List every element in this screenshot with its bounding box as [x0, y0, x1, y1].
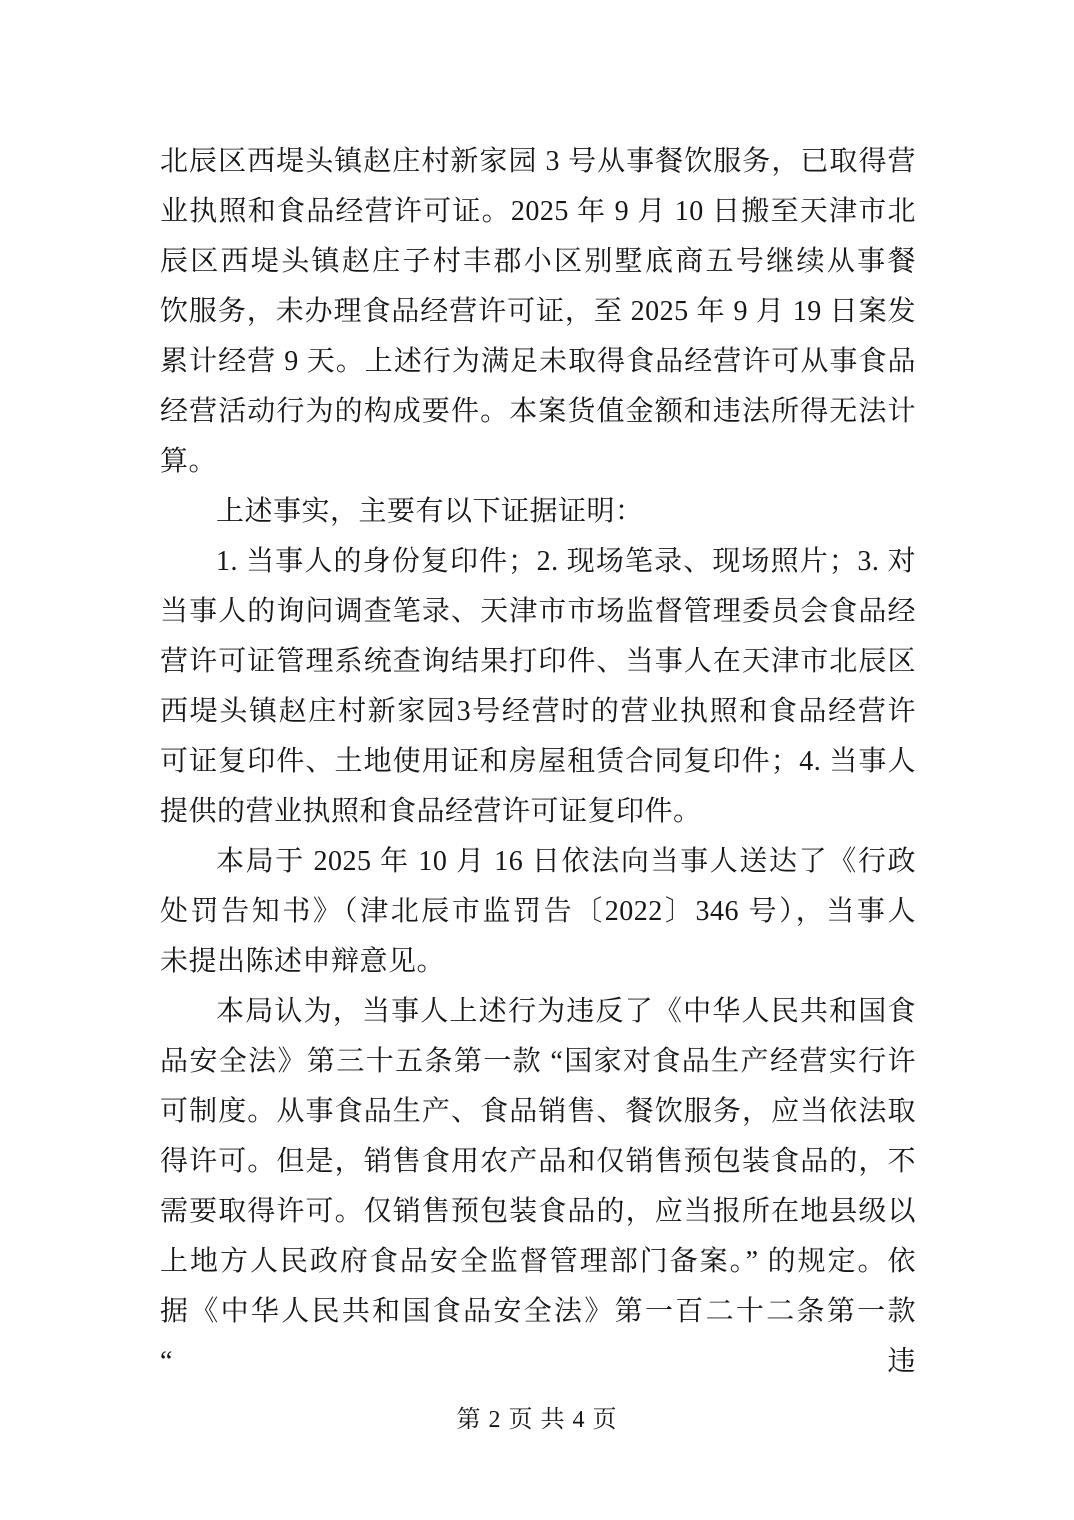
text-line: 辰区西堤头镇赵庄子村丰郡小区别墅底商五号继续从事餐: [160, 237, 916, 287]
text-line: 营许可证管理系统查询结果打印件、当事人在天津市北辰区: [160, 637, 916, 687]
text-line: 得许可。但是，销售食用农产品和仅销售预包装食品的，不: [160, 1137, 916, 1187]
text-line: 本局认为，当事人上述行为违反了《中华人民共和国食: [160, 987, 916, 1037]
text-line: 处罚告知书》（津北辰市监罚告〔2022〕346 号），当事人: [160, 887, 916, 937]
text-line: 饮服务，未办理食品经营许可证，至 2025 年 9 月 19 日案发: [160, 287, 916, 337]
text-line: 可制度。从事食品生产、食品销售、餐饮服务，应当依法取: [160, 1087, 916, 1137]
text-line: 业执照和食品经营许可证。2025 年 9 月 10 日搬至天津市北: [160, 187, 916, 237]
text-line: 提供的营业执照和食品经营许可证复印件。: [160, 787, 916, 837]
text-line: 据《中华人民共和国食品安全法》第一百二十二条第一款 “违: [160, 1287, 916, 1337]
text-line: 1. 当事人的身份复印件；2. 现场笔录、现场照片；3. 对: [160, 537, 916, 587]
text-line: 可证复印件、土地使用证和房屋租赁合同复印件；4. 当事人: [160, 737, 916, 787]
text-line: 品安全法》第三十五条第一款 “国家对食品生产经营实行许: [160, 1037, 916, 1087]
text-line: 未提出陈述申辩意见。: [160, 937, 916, 987]
text-line: 上述事实，主要有以下证据证明：: [160, 487, 916, 537]
document-body: 北辰区西堤头镇赵庄村新家园 3 号从事餐饮服务，已取得营 业执照和食品经营许可证…: [160, 137, 916, 1337]
text-line: 上地方人民政府食品安全监督管理部门备案。” 的规定。依: [160, 1237, 916, 1287]
text-line: 西堤头镇赵庄村新家园3号经营时的营业执照和食品经营许: [160, 687, 916, 737]
text-line: 需要取得许可。仅销售预包装食品的，应当报所在地县级以: [160, 1187, 916, 1237]
text-line: 累计经营 9 天。上述行为满足未取得食品经营许可从事食品: [160, 337, 916, 387]
text-line: 本局于 2025 年 10 月 16 日依法向当事人送达了《行政: [160, 837, 916, 887]
text-line: 当事人的询问调查笔录、天津市市场监督管理委员会食品经: [160, 587, 916, 637]
document-page: 北辰区西堤头镇赵庄村新家园 3 号从事餐饮服务，已取得营 业执照和食品经营许可证…: [0, 0, 1074, 1520]
page-footer: 第 2 页 共 4 页: [0, 1401, 1074, 1439]
text-line: 算。: [160, 437, 916, 487]
text-line: 经营活动行为的构成要件。本案货值金额和违法所得无法计: [160, 387, 916, 437]
text-line: 北辰区西堤头镇赵庄村新家园 3 号从事餐饮服务，已取得营: [160, 137, 916, 187]
